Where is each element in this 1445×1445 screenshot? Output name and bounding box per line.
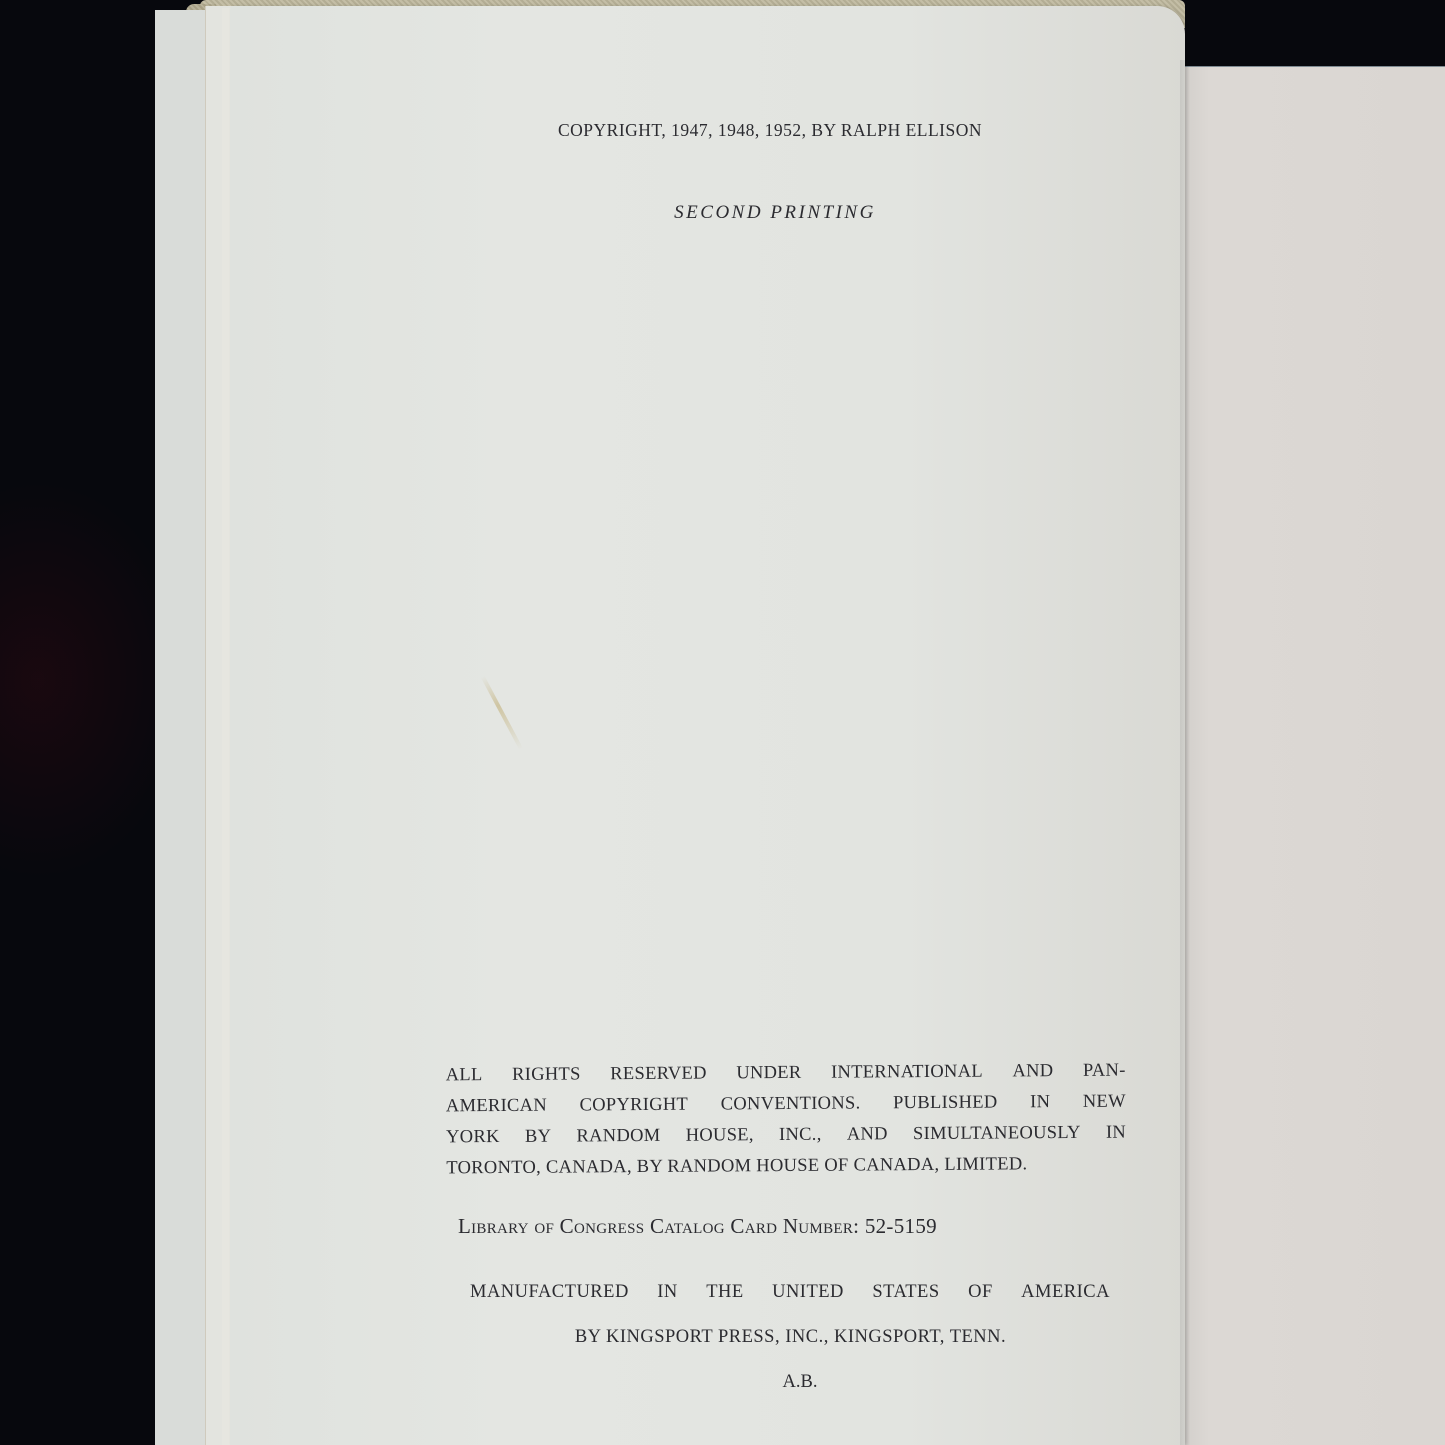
initials: A.B. [760, 1372, 840, 1393]
printing-line: SECOND PRINTING [600, 202, 950, 224]
rights-line: AMERICANCOPYRIGHTCONVENTIONS.PUBLISHEDIN… [446, 1087, 1126, 1123]
rights-line: YORKBYRANDOMHOUSE,INC.,ANDSIMULTANEOUSLY… [446, 1118, 1126, 1154]
rights-paragraph: ALLRIGHTSRESERVEDUNDERINTERNATIONALANDPA… [446, 1056, 1127, 1185]
rights-line: TORONTO, CANADA, BY RANDOM HOUSE OF CANA… [446, 1149, 1126, 1185]
right-page [1183, 66, 1445, 1445]
manufactured-line: MANUFACTUREDINTHEUNITEDSTATESOFAMERICA [470, 1282, 1110, 1303]
rights-line: ALLRIGHTSRESERVEDUNDERINTERNATIONALANDPA… [446, 1056, 1126, 1092]
printer-line: BY KINGSPORT PRESS, INC., KINGSPORT, TEN… [518, 1327, 1063, 1348]
gutter-shadow [1180, 60, 1190, 1445]
catalog-card-number: Library of Congress Catalog Card Number:… [458, 1214, 1118, 1239]
copyright-line: COPYRIGHT, 1947, 1948, 1952, BY RALPH EL… [510, 120, 1030, 141]
